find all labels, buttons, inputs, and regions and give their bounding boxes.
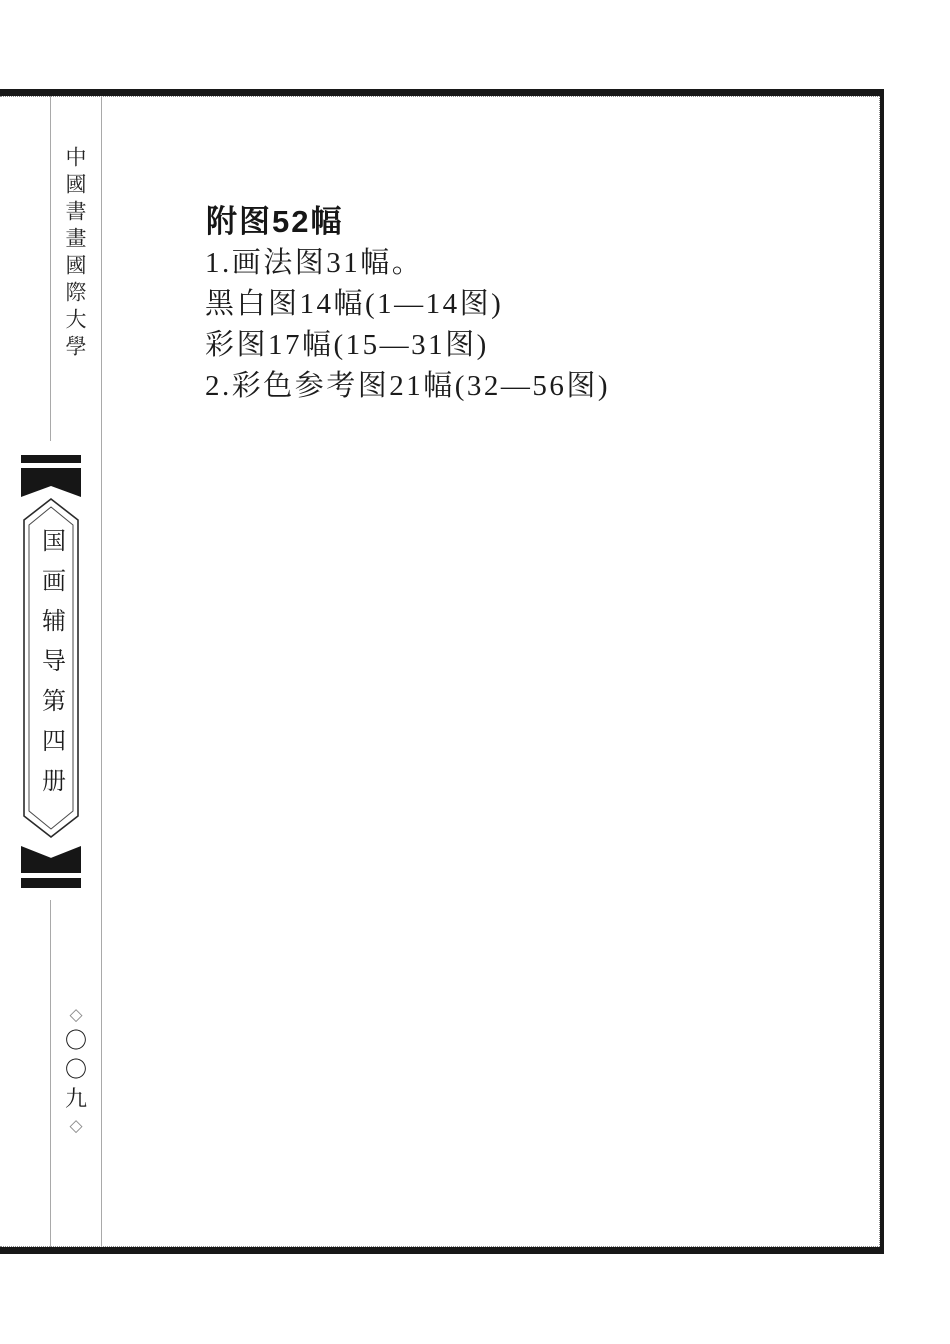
page-number-digit: 〇 (65, 1030, 87, 1052)
page-number: ◇ 〇 〇 九 ◇ (65, 1006, 87, 1134)
page-number-digit: 〇 (65, 1059, 87, 1081)
ornament-ribbon-bottom (21, 846, 81, 873)
spine-rule-left-lower (50, 900, 51, 1247)
spine-university-title: 中國書畫國際大學 (60, 146, 90, 362)
spine-rule-right (101, 96, 102, 1247)
content-body: 1.画法图31幅。 黑白图14幅(1—14图) 彩图17幅(15—31图) 2.… (205, 243, 610, 407)
content-line: 1.画法图31幅。 (205, 243, 610, 284)
ornament-bar-top (21, 455, 81, 463)
page-number-digit: 九 (65, 1088, 87, 1110)
content-line: 2.彩色参考图21幅(32—56图) (205, 366, 610, 407)
section-heading: 附图52幅 (206, 196, 343, 241)
ornament-ribbon-top (21, 468, 81, 497)
banner-text-area: 国画辅导第四册 (21, 498, 81, 838)
spine-ornament: 国画辅导第四册 (21, 455, 81, 888)
content-line: 彩图17幅(15—31图) (205, 325, 610, 366)
page-number-diamond-bottom: ◇ (69, 1117, 82, 1134)
spine-banner-title: 国画辅导第四册 (34, 528, 69, 808)
content-line: 黑白图14幅(1—14图) (205, 284, 610, 325)
book-page: 中國書畫國際大學 国画辅导第四册 ◇ 〇 〇 九 ◇ 附图52幅 1.画法图31… (0, 0, 950, 1344)
page-number-diamond-top: ◇ (69, 1006, 82, 1023)
ornament-bar-bottom (21, 878, 81, 888)
spine-rule-left-upper (50, 96, 51, 441)
